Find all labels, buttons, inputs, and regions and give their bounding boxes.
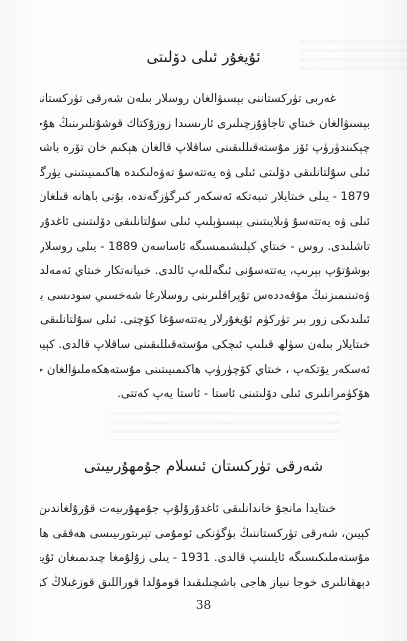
paragraph-line: تاشلىدى. روس - خىتاي كېلىشىمىسىگە ئاساسە… [40, 234, 370, 259]
paragraph-line: خىتايلار بىلەن سۈلھ قىلىپ ئىچكى مۇستەقىل… [40, 332, 370, 357]
paragraph-line: بوشۇتۇپ بېرىپ، يەتتەسۇنى ئىگەللەپ ئالدى.… [40, 258, 370, 283]
paragraph-line: 1879 - يىلى خىتايلار تىبەتكە ئەسكەر كىرگ… [40, 184, 370, 209]
paragraph-line: غەربى تۈركستاننى بېسىۋالغان روسلار بىلەن… [40, 86, 370, 111]
paragraph-line: مۇستەملىكىسىگە ئايلىنىپ قالدى. 1931 - يى… [40, 545, 370, 570]
paragraph-line: خىتايدا مانجۇ خاندانلىقى ئاغدۇرۇلۇپ جۇمھ… [40, 496, 370, 521]
paragraph-line: ئىلى سۇلتانلىقى دۆلىتى ئىلى ۋە يەتتەسۇ ت… [40, 160, 370, 185]
paragraph-line: ۋەتىنىمىزنىڭ مۇقەددەس تۇپراقلىرىنى روسلا… [40, 283, 370, 308]
section-1-paragraph: غەربى تۈركستاننى بېسىۋالغان روسلار بىلەن… [40, 86, 370, 406]
paragraph-line: دېھقانلىرى خوجا نىياز ھاجى باشچىلىقىدا ق… [40, 570, 370, 595]
section-title-east-turkestan-islamic-republic: شەرقى تۈركستان ئىسلام جۇمھۇرىيىتى [0, 455, 407, 477]
page-number: 38 [0, 597, 407, 613]
section-title-uyghur-ili-state: ئۇيغۇر ئىلى دۆلىتى [0, 46, 407, 68]
paragraph-line: ئىلى ۋە يەتتەسۇ ۋىلايىتىنى بېسىۋېلىپ ئىل… [40, 209, 370, 234]
paragraph-line: بېسىۋالغان خىتاي تاجاۋۇزچىلىرى ئارىسىدا … [40, 111, 370, 136]
paragraph-line: ئەسكەر يۆتكەپ ، خىتاي كۆچۈرۈپ ھاكىمىيىتى… [40, 357, 370, 382]
paragraph-line: كېيىن، شەرقى تۈركستاننىڭ بۈگۈنكى ئومۇمى … [40, 521, 370, 546]
paragraph-line: چېكىندۈرۈپ ئۆز مۇستەقىللىقىنى ساقلاپ قال… [40, 135, 370, 160]
paragraph-line: ئىلىدىكى زور بىر تۈركۈم ئۇيغۇرلار يەتتەس… [40, 307, 370, 332]
paragraph-line: ھۆكۈمرانلىرى ئىلى دۆلىتىنى ئاستا - ئاستا… [40, 381, 370, 406]
section-2-paragraph: خىتايدا مانجۇ خاندانلىقى ئاغدۇرۇلۇپ جۇمھ… [40, 496, 370, 594]
book-page: ئۇيغۇر ئىلى دۆلىتى غەربى تۈركستاننى بېسى… [0, 0, 407, 641]
reverse-side-bleed-through [110, 412, 340, 440]
